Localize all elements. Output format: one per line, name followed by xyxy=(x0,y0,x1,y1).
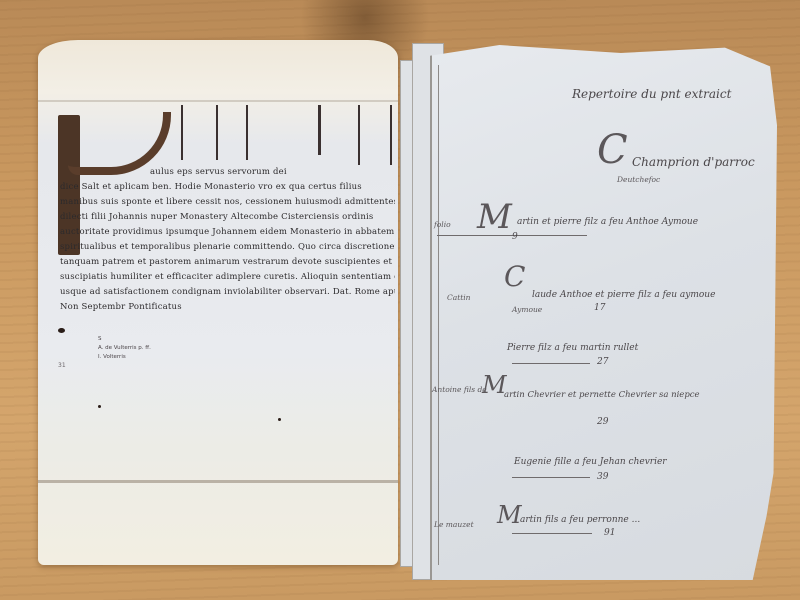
fold-line xyxy=(38,100,398,102)
register-heading: Champrion d'parroc xyxy=(632,155,755,169)
papal-bull-parchment: aulus eps servus servorum dei dice Salt … xyxy=(38,40,398,565)
bull-text-block: aulus eps servus servorum dei dice Salt … xyxy=(60,165,395,315)
ascender-stroke xyxy=(358,105,360,165)
bull-line: Non Septembr Pontificatus xyxy=(60,300,395,315)
entry-number: 27 xyxy=(597,357,608,367)
entry-text: Eugenie fille a feu Jehan chevrier xyxy=(514,457,667,467)
register-page: Repertoire du pnt extraict C Champrion d… xyxy=(430,45,777,580)
bound-register: Repertoire du pnt extraict C Champrion d… xyxy=(400,35,780,583)
entry-number: 17 xyxy=(594,303,605,313)
ascender-stroke xyxy=(318,105,321,155)
bull-line: manibus suis sponte et libere cessit nos… xyxy=(60,195,395,210)
entry-initial: M xyxy=(477,200,512,234)
bull-line: suscipiatis humiliter et efficaciter adi… xyxy=(60,270,395,285)
entry-text: artin fils a feu perronne ... xyxy=(520,515,640,525)
entry-text: artin et pierre filz a feu Anthoe Aymoue xyxy=(517,217,698,227)
register-subheading: Deutchefoc xyxy=(617,175,660,184)
entry-rule xyxy=(512,363,590,364)
bull-line: auctoritate providimus ipsumque Johannem… xyxy=(60,225,395,240)
entry-margin-note: folio xyxy=(434,220,451,229)
ascender-stroke xyxy=(246,105,248,160)
ascender-stroke xyxy=(390,105,392,165)
bull-line: spiritualibus et temporalibus plenarie c… xyxy=(60,240,395,255)
entry-initial: C xyxy=(504,263,525,291)
bull-line: dilecti filii Johannis nuper Monastery A… xyxy=(60,210,395,225)
signature-line: I. Volterris xyxy=(98,353,151,362)
ascender-stroke xyxy=(181,105,183,160)
entry-number: 29 xyxy=(597,417,608,427)
ascender-stroke xyxy=(216,105,218,160)
entry-number: 9 xyxy=(512,232,518,242)
page-edge-line xyxy=(438,65,439,565)
bull-line: dice Salt et aplicam ben. Hodie Monaster… xyxy=(60,180,395,195)
ink-blot xyxy=(58,328,65,333)
ink-blot xyxy=(278,418,281,421)
entry-text: laude Anthoe et pierre filz a feu aymoue xyxy=(532,290,715,300)
bull-line: usque ad satisfactionem condignam inviol… xyxy=(60,285,395,300)
register-title: Repertoire du pnt extraict xyxy=(572,87,731,101)
signature-line: S xyxy=(98,335,151,344)
signature-notes: S A. de Vulterris p. ff. I. Volterris xyxy=(98,335,151,362)
entry-rule xyxy=(512,533,592,534)
entry-number: 91 xyxy=(604,528,615,538)
entry-text: Pierre filz a feu martin rullet xyxy=(507,343,638,353)
entry-rule xyxy=(512,477,590,478)
entry-margin-note: Le mauzet xyxy=(434,520,474,529)
signature-line: A. de Vulterris p. ff. xyxy=(98,344,151,353)
decorative-initial-c: C xyxy=(597,130,628,170)
entry-number: 39 xyxy=(597,472,608,482)
folio-mark: 31 xyxy=(58,362,66,369)
ink-blot xyxy=(98,405,101,408)
entry-subtext: Aymoue xyxy=(512,305,542,314)
bull-line: tanquam patrem et pastorem animarum vest… xyxy=(60,255,395,270)
fold-line xyxy=(38,480,398,483)
entry-text: artin Chevrier et pernette Chevrier sa n… xyxy=(504,390,700,400)
entry-initial: M xyxy=(482,373,507,397)
entry-margin-note: Cattin xyxy=(447,293,470,302)
bull-line: aulus eps servus servorum dei xyxy=(60,165,395,180)
entry-margin-note: Antoine fils de xyxy=(432,385,487,394)
entry-initial: M xyxy=(497,503,522,527)
